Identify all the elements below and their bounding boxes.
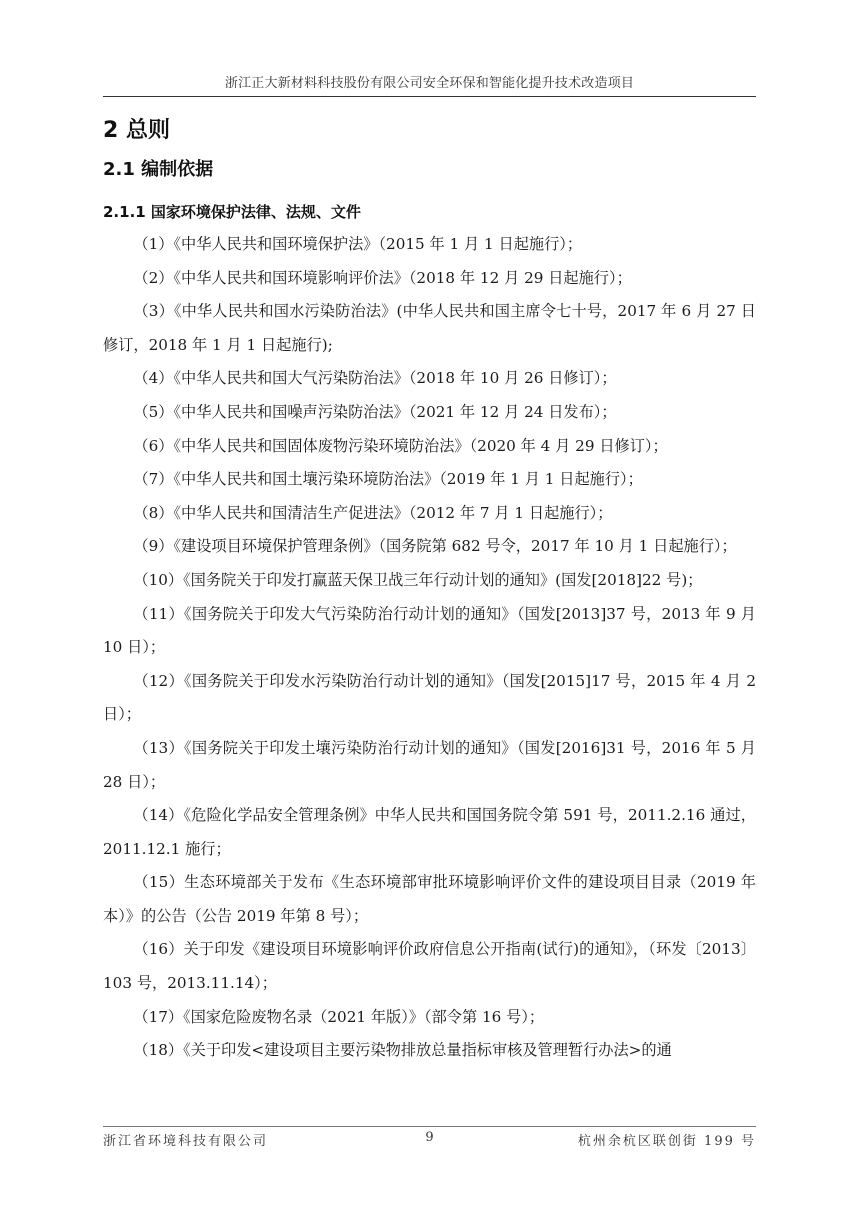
list-item: （9）《建设项目环境保护管理条例》（国务院第 682 号令，2017 年 10 …	[103, 530, 756, 564]
list-item: （14）《危险化学品安全管理条例》中华人民共和国国务院令第 591 号，2011…	[103, 799, 756, 866]
subsection-title: 2.1.1 国家环境保护法律、法规、文件	[103, 190, 756, 228]
list-item: （10）《国务院关于印发打赢蓝天保卫战三年行动计划的通知》(国发[2018]22…	[103, 564, 756, 598]
list-item: （16）关于印发《建设项目环境影响评价政府信息公开指南(试行)的通知》，（环发〔…	[103, 933, 756, 1000]
list-item: （1）《中华人民共和国环境保护法》（2015 年 1 月 1 日起施行）；	[103, 228, 756, 262]
list-item: （4）《中华人民共和国大气污染防治法》（2018 年 10 月 26 日修订）；	[103, 362, 756, 396]
list-item: （15）生态环境部关于发布《生态环境部审批环境影响评价文件的建设项目目录（201…	[103, 866, 756, 933]
list-item: （6）《中华人民共和国固体废物污染环境防治法》（2020 年 4 月 29 日修…	[103, 430, 756, 464]
list-item: （3）《中华人民共和国水污染防治法》(中华人民共和国主席令七十号，2017 年 …	[103, 295, 756, 362]
list-item: （5）《中华人民共和国噪声污染防治法》（2021 年 12 月 24 日发布）；	[103, 396, 756, 430]
document-body: 2 总则 2.1 编制依据 2.1.1 国家环境保护法律、法规、文件 （1）《中…	[103, 112, 756, 1068]
chapter-title: 2 总则	[103, 112, 756, 150]
list-item: （8）《中华人民共和国清洁生产促进法》（2012 年 7 月 1 日起施行）；	[103, 497, 756, 531]
list-item: （12）《国务院关于印发水污染防治行动计划的通知》（国发[2015]17 号，2…	[103, 665, 756, 732]
footer-address: 杭州余杭区联创街 199 号	[578, 1130, 756, 1149]
list-item: （18）《关于印发<建设项目主要污染物排放总量指标审核及管理暂行办法>的通	[103, 1034, 756, 1068]
list-item: （13）《国务院关于印发土壤污染防治行动计划的通知》（国发[2016]31 号，…	[103, 732, 756, 799]
list-item: （11）《国务院关于印发大气污染防治行动计划的通知》（国发[2013]37 号，…	[103, 598, 756, 665]
section-title: 2.1 编制依据	[103, 150, 756, 190]
header-rule	[103, 96, 756, 97]
list-item: （7）《中华人民共和国土壤污染环境防治法》（2019 年 1 月 1 日起施行）…	[103, 463, 756, 497]
page-header: 浙江正大新材料科技股份有限公司安全环保和智能化提升技术改造项目	[103, 72, 756, 91]
footer-rule	[103, 1126, 756, 1127]
page-footer: 浙江省环境科技有限公司 9 杭州余杭区联创街 199 号	[103, 1130, 756, 1150]
list-item: （2）《中华人民共和国环境影响评价法》（2018 年 12 月 29 日起施行）…	[103, 262, 756, 296]
list-item: （17）《国家危险废物名录（2021 年版）》（部令第 16 号）；	[103, 1001, 756, 1035]
